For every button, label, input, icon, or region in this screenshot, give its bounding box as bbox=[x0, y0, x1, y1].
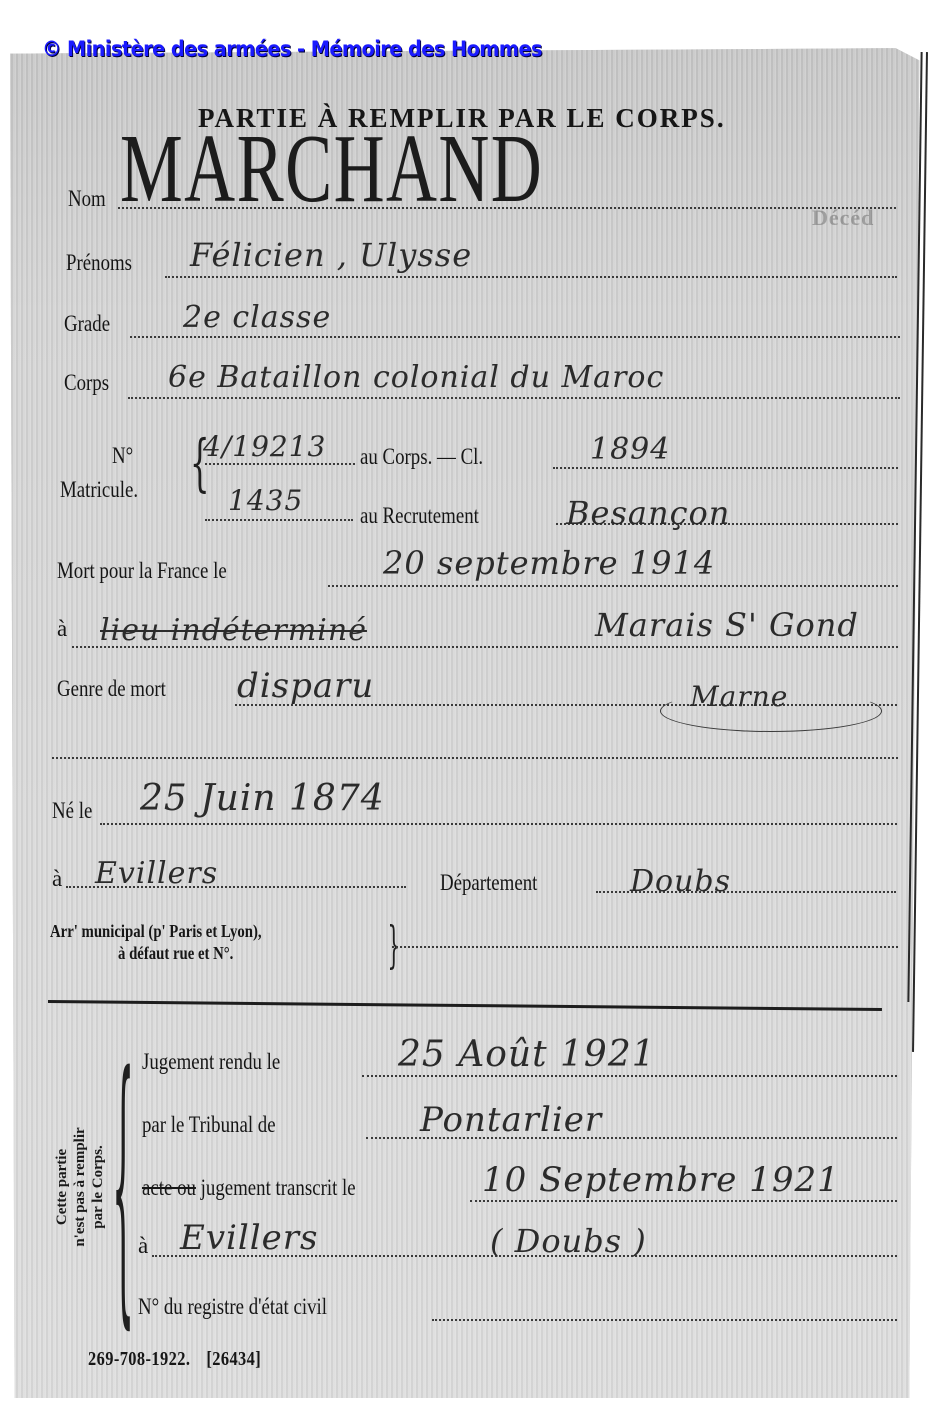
label-lieu-deces: à bbox=[57, 616, 67, 642]
side-note: Cette partie n'est pas à remplir par le … bbox=[40, 1080, 120, 1300]
side-note-line-2: n'est pas à remplir bbox=[71, 1072, 89, 1302]
grade-value: 2e classe bbox=[183, 300, 331, 335]
label-corps: Corps bbox=[64, 370, 109, 396]
label-no: N° bbox=[112, 443, 133, 469]
print-code: 269-708-1922. [26434] bbox=[88, 1348, 261, 1371]
label-au-corps-classe: au Corps. — Cl. bbox=[360, 444, 483, 470]
side-note-line-1: Cette partie bbox=[53, 1072, 71, 1302]
prenoms-value: Félicien , Ulysse bbox=[190, 236, 472, 274]
prenoms-line bbox=[165, 276, 897, 278]
label-arr-municipal-2: à défaut rue et N°. bbox=[118, 943, 233, 964]
label-nom: Nom bbox=[68, 186, 106, 212]
jugement-value: 25 Août 1921 bbox=[398, 1034, 656, 1075]
classe-line bbox=[553, 467, 898, 469]
label-transcrit: acte ou jugement transcrit le bbox=[142, 1175, 356, 1201]
corps-value: 6e Bataillon colonial du Maroc bbox=[168, 360, 664, 395]
label-matricule: Matricule. bbox=[60, 477, 138, 503]
civil-section-brace: { bbox=[112, 1040, 134, 1330]
nom-line bbox=[118, 207, 896, 209]
blank-line bbox=[52, 757, 898, 759]
copyright-watermark: © Ministère des armées - Mémoire des Hom… bbox=[42, 37, 542, 61]
label-lieu-naissance: à bbox=[52, 866, 62, 892]
registre-line bbox=[432, 1319, 897, 1321]
label-registre: N° du registre d'état civil bbox=[138, 1294, 327, 1320]
label-transcrit-struck: acte ou bbox=[142, 1175, 196, 1200]
corps-line bbox=[128, 397, 900, 399]
arr-brace: } bbox=[388, 920, 401, 970]
lieu-naissance-value: Evillers bbox=[95, 856, 218, 891]
margin-stamp: Décéd bbox=[812, 205, 874, 231]
label-arr-municipal-1: Arr' municipal (p' Paris et Lyon), bbox=[50, 921, 262, 942]
print-code-ref: [26434] bbox=[206, 1348, 261, 1370]
classe-value: 1894 bbox=[590, 432, 670, 467]
label-commune: à bbox=[138, 1233, 148, 1259]
civil-departement-value: ( Doubs ) bbox=[490, 1222, 647, 1260]
date-naissance-value: 25 Juin 1874 bbox=[140, 778, 385, 819]
label-au-recrutement: au Recrutement bbox=[360, 503, 479, 529]
label-genre-de-mort: Genre de mort bbox=[57, 676, 166, 702]
date-deces-line bbox=[328, 585, 898, 587]
transcrit-value: 10 Septembre 1921 bbox=[482, 1160, 840, 1200]
label-tribunal: par le Tribunal de bbox=[142, 1112, 276, 1138]
print-code-number: 269-708-1922. bbox=[88, 1348, 190, 1370]
lieu-deces-value: Marais S' Gond bbox=[595, 606, 859, 644]
label-jugement: Jugement rendu le bbox=[142, 1049, 280, 1075]
label-transcrit-text: jugement transcrit le bbox=[201, 1175, 356, 1200]
surname-value: MARCHAND bbox=[120, 120, 543, 218]
tribunal-value: Pontarlier bbox=[420, 1100, 602, 1140]
jugement-line bbox=[362, 1075, 897, 1077]
genre-de-mort-value: disparu bbox=[237, 666, 374, 706]
matricule-corps-line bbox=[205, 463, 355, 465]
label-ne-le: Né le bbox=[52, 798, 92, 824]
label-prenoms: Prénoms bbox=[66, 250, 132, 276]
label-mort-pour-la-france: Mort pour la France le bbox=[57, 558, 227, 584]
dept-parenthesis bbox=[660, 690, 882, 732]
matricule-recrutement-line bbox=[205, 519, 353, 521]
arr-municipal-line bbox=[392, 946, 898, 948]
matricule-recrutement-value: 1435 bbox=[228, 484, 303, 517]
lieu-deces-struck-value: lieu indéterminé bbox=[100, 613, 367, 648]
transcrit-line bbox=[470, 1200, 897, 1202]
departement-value: Doubs bbox=[630, 864, 731, 899]
date-naissance-line bbox=[100, 823, 897, 825]
date-deces-value: 20 septembre 1914 bbox=[383, 544, 715, 582]
label-grade: Grade bbox=[64, 311, 110, 337]
label-departement: Département bbox=[440, 870, 537, 896]
matricule-corps-value: 4/19213 bbox=[203, 430, 326, 463]
side-note-line-3: par le Corps. bbox=[89, 1072, 107, 1302]
grade-line bbox=[130, 336, 900, 338]
commune-value: Evillers bbox=[180, 1218, 318, 1258]
recrutement-value: Besançon bbox=[566, 494, 730, 532]
